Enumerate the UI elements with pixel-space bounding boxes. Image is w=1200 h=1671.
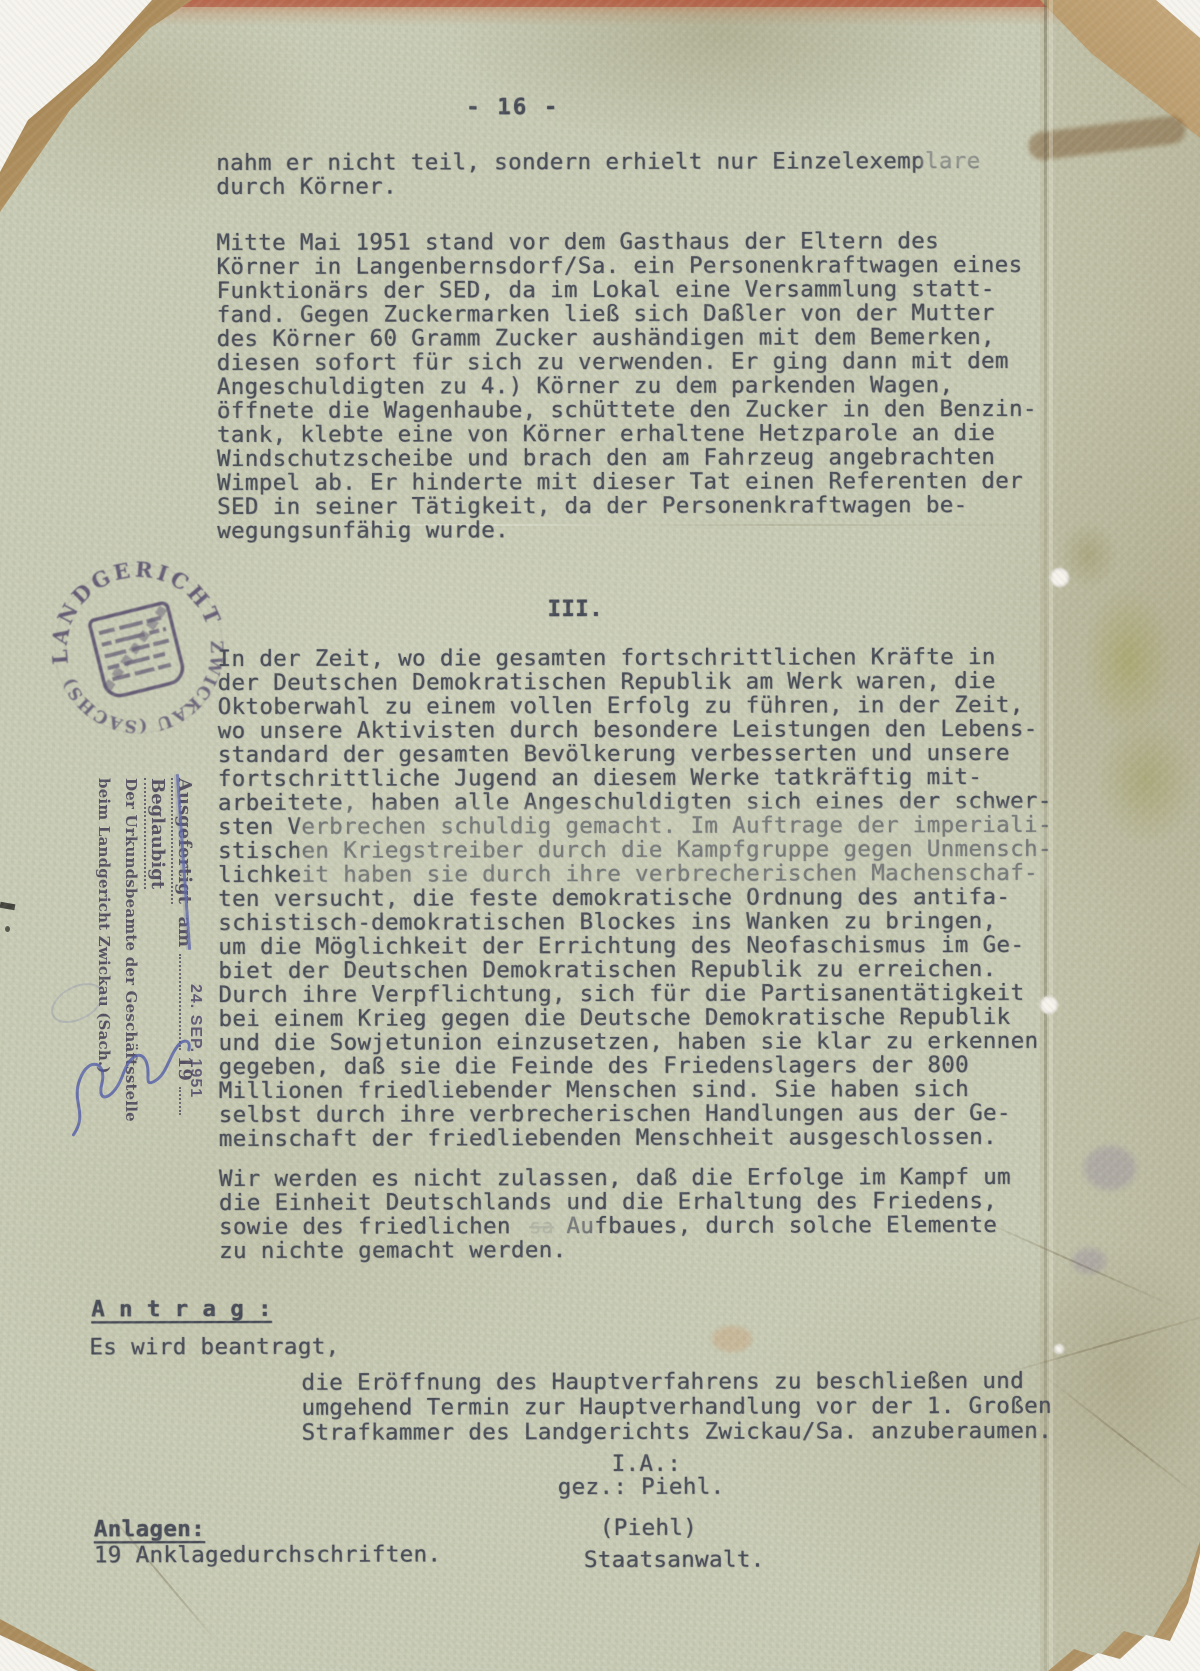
typed-text-layer: - 16 - nahm er nicht teil, sondern erhie…: [0, 0, 1200, 1671]
strikeout-remnant: sa: [529, 1214, 554, 1238]
anlagen-text: 19 Anklagedurchschriften.: [94, 1542, 441, 1567]
antrag-intro: Es wird beantragt,: [89, 1335, 339, 1360]
section-heading: III.: [547, 597, 603, 621]
signoff-role: Staatsanwalt.: [584, 1548, 765, 1572]
signoff-gez: gez.: Piehl.: [558, 1475, 725, 1499]
page-number: - 16 -: [466, 95, 559, 119]
paragraph-1: nahm er nicht teil, sondern erhielt nur …: [216, 149, 980, 199]
signoff-ia: I.A.:: [612, 1452, 682, 1476]
anlagen-heading: Anlagen:: [94, 1517, 205, 1541]
paragraph-3: In der Zeit, wo die gesamten fortschritt…: [218, 645, 1053, 1151]
antrag-heading: A n t r a g :: [91, 1297, 272, 1321]
signoff-name: (Piehl): [600, 1516, 697, 1540]
antrag-request: die Eröffnung des Hauptverfahrens zu bes…: [301, 1369, 1052, 1446]
scanned-page: LANDGERICHT ZWICKAU (SACHS) Aus: [0, 0, 1200, 1671]
paragraph-4: Wir werden es nicht zulassen, daß die Er…: [219, 1165, 1011, 1263]
paragraph-2: Mitte Mai 1951 stand vor dem Gasthaus de…: [216, 229, 1037, 543]
